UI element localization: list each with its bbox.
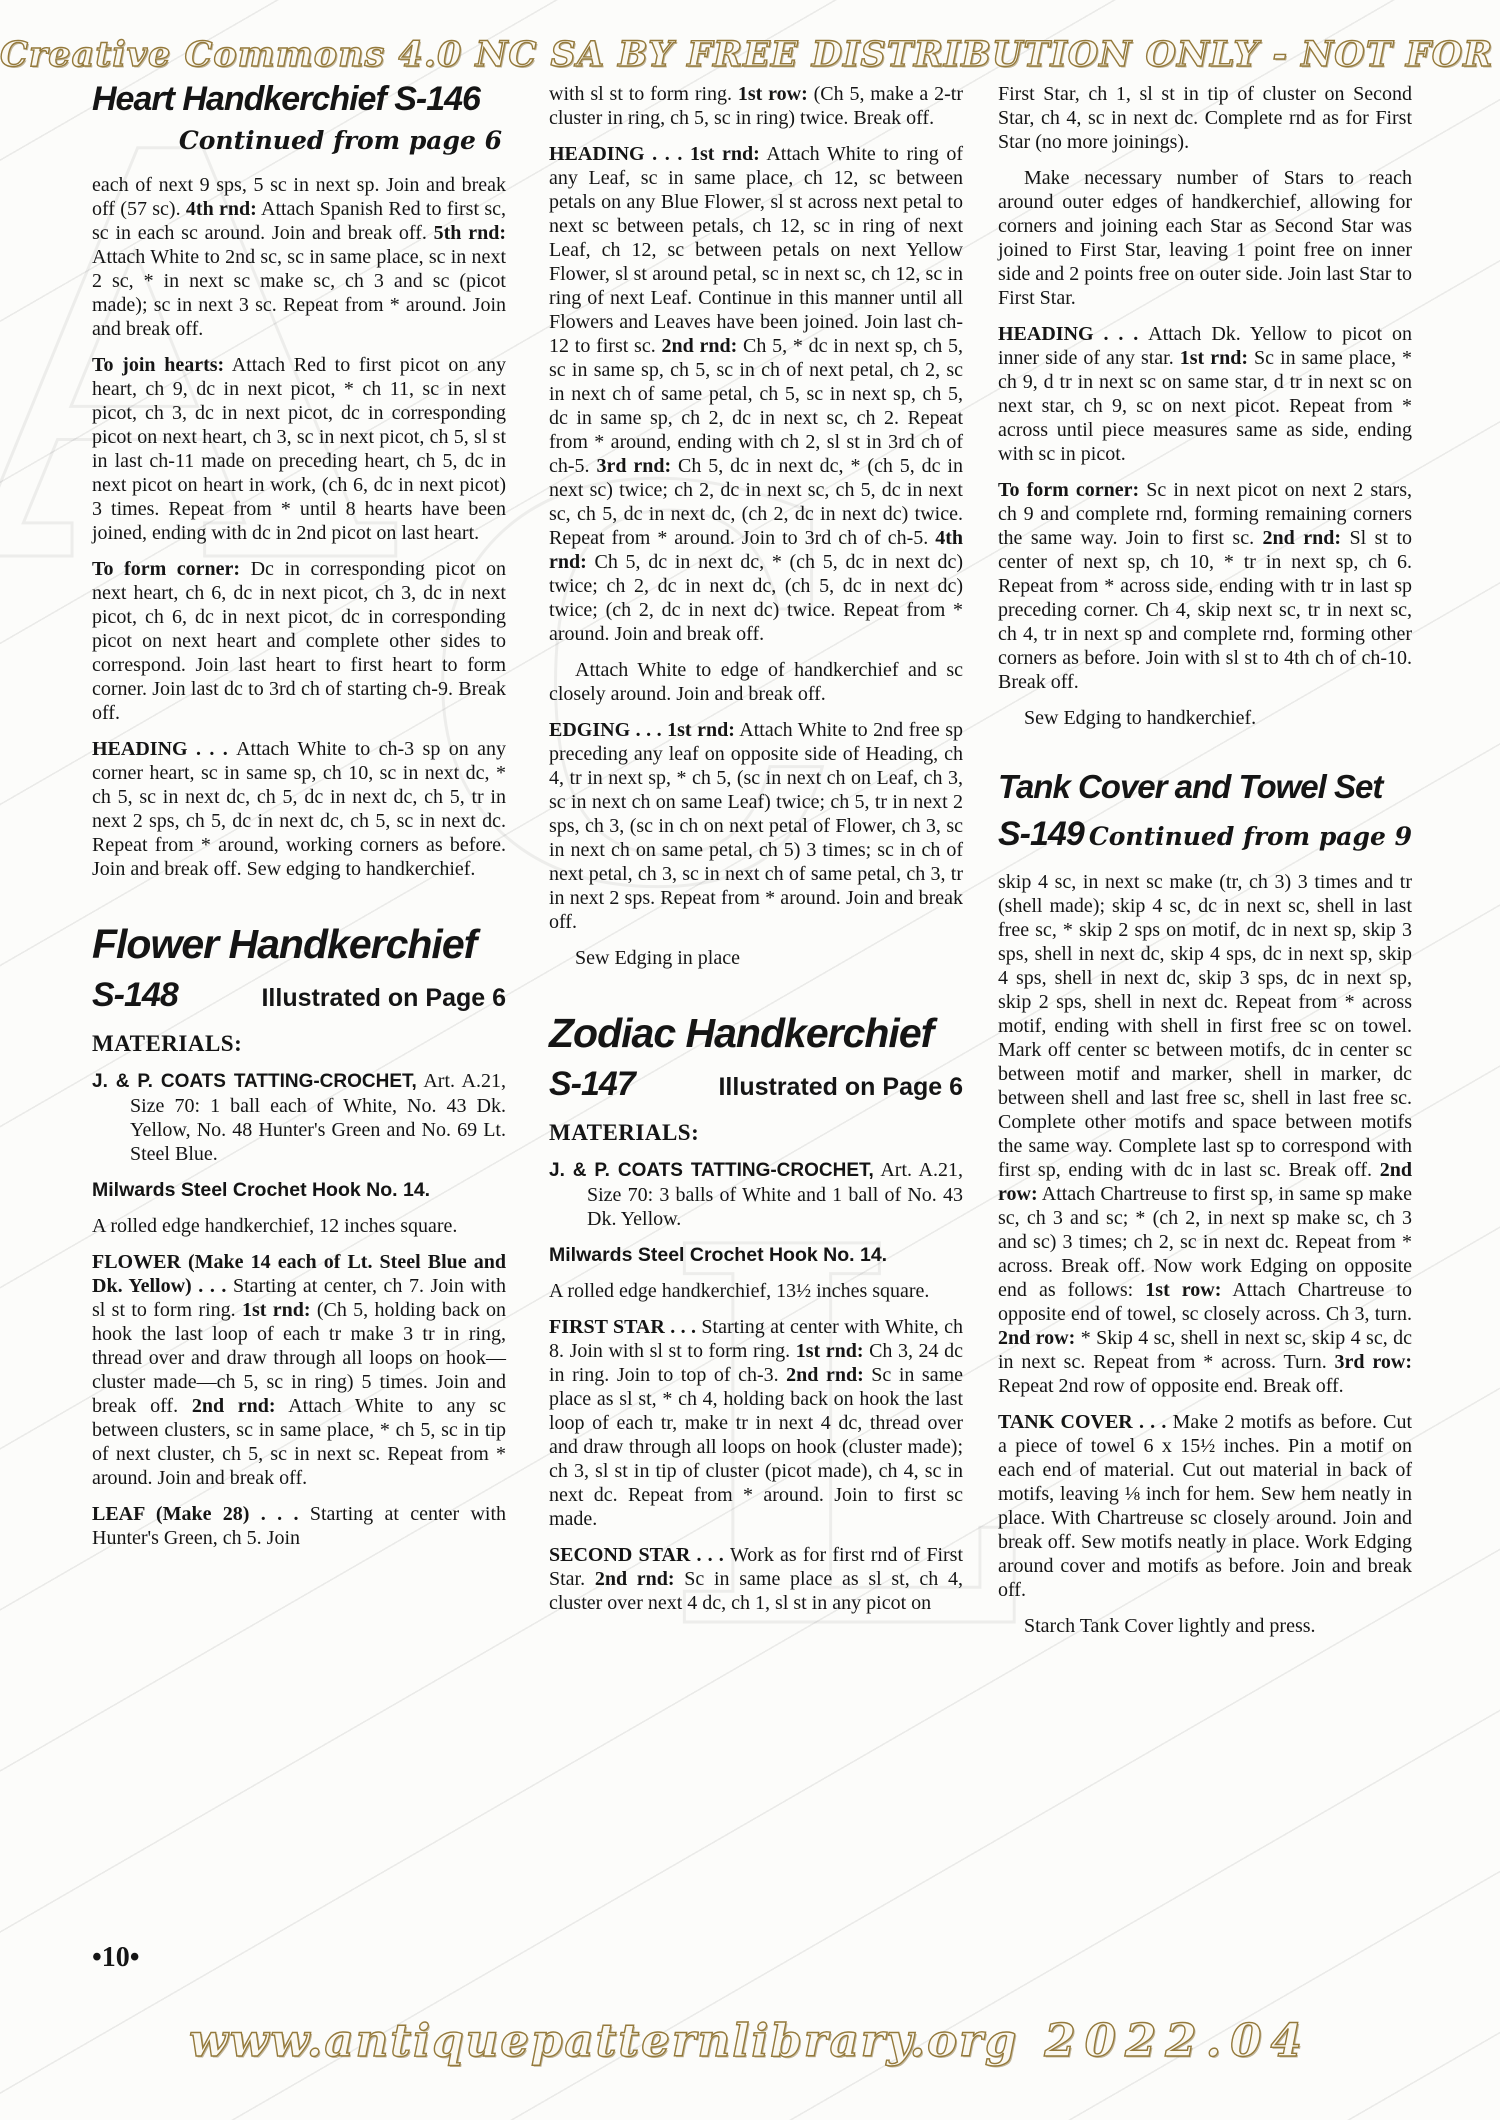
materials-heading: MATERIALS: bbox=[92, 1031, 506, 1057]
handkerchief-note: A rolled edge handkerchief, 13½ inches s… bbox=[549, 1279, 963, 1303]
paragraph: First Star, ch 1, sl st in tip of cluste… bbox=[998, 82, 1412, 154]
paragraph: HEADING . . . Attach Dk. Yellow to picot… bbox=[998, 322, 1412, 466]
paragraph: each of next 9 sps, 5 sc in next sp. Joi… bbox=[92, 173, 506, 341]
paragraph: Sew Edging in place bbox=[549, 946, 963, 970]
paragraph: HEADING . . . Attach White to ch-3 sp on… bbox=[92, 737, 506, 881]
materials-heading: MATERIALS: bbox=[549, 1120, 963, 1146]
paragraph: skip 4 sc, in next sc make (tr, ch 3) 3 … bbox=[998, 870, 1412, 1398]
continued-from-note: Continued from page 9 bbox=[1089, 822, 1412, 851]
page-number: •10• bbox=[92, 1942, 140, 1974]
paragraph: HEADING . . . 1st rnd: Attach White to r… bbox=[549, 142, 963, 646]
pattern-code: S-149 bbox=[998, 815, 1084, 854]
materials-item: J. & P. COATS TATTING-CROCHET, Art. A.21… bbox=[549, 1158, 963, 1231]
paragraph: Attach White to edge of handkerchief and… bbox=[549, 658, 963, 706]
article-title-tank-cover: Tank Cover and Towel Set bbox=[998, 770, 1412, 805]
illustrated-note: Illustrated on Page 6 bbox=[261, 984, 506, 1013]
column-1: Heart Handkerchief S-146 Continued from … bbox=[92, 82, 506, 1550]
pattern-code-row: S-148 Illustrated on Page 6 bbox=[92, 976, 506, 1015]
paragraph: Sew Edging to handkerchief. bbox=[998, 706, 1412, 730]
column-3: First Star, ch 1, sl st in tip of cluste… bbox=[998, 82, 1412, 1638]
edition-date: 2022.04 bbox=[1018, 2014, 1311, 2067]
creative-commons-notice: Creative Commons 4.0 NC SA BY FREE DISTR… bbox=[0, 34, 1500, 75]
handkerchief-note: A rolled edge handkerchief, 12 inches sq… bbox=[92, 1214, 506, 1238]
article-title-zodiac: Zodiac Handkerchief bbox=[549, 1012, 963, 1055]
paragraph: To form corner: Dc in corresponding pico… bbox=[92, 557, 506, 725]
paragraph: FIRST STAR . . . Starting at center with… bbox=[549, 1315, 963, 1531]
paragraph: TANK COVER . . . Make 2 motifs as before… bbox=[998, 1410, 1412, 1602]
continued-from-note: Continued from page 6 bbox=[92, 126, 502, 155]
pattern-code-row: S-149 Continued from page 9 bbox=[998, 815, 1412, 854]
article-title-flower: Flower Handkerchief bbox=[92, 923, 506, 966]
hook-line: Milwards Steel Crochet Hook No. 14. bbox=[92, 1178, 506, 1202]
paragraph: with sl st to form ring. 1st row: (Ch 5,… bbox=[549, 82, 963, 130]
paragraph: FLOWER (Make 14 each of Lt. Steel Blue a… bbox=[92, 1250, 506, 1490]
pattern-code: S-148 bbox=[92, 976, 178, 1015]
paragraph: LEAF (Make 28) . . . Starting at center … bbox=[92, 1502, 506, 1550]
scanned-pattern-page: A C L Creative Commons 4.0 NC SA BY FREE… bbox=[0, 0, 1500, 2120]
library-url: www.antiquepatternlibrary.org bbox=[189, 2014, 1018, 2067]
hook-line: Milwards Steel Crochet Hook No. 14. bbox=[549, 1243, 963, 1267]
paragraph: To form corner: Sc in next picot on next… bbox=[998, 478, 1412, 694]
column-2: with sl st to form ring. 1st row: (Ch 5,… bbox=[549, 82, 963, 1615]
paragraph: EDGING . . . 1st rnd: Attach White to 2n… bbox=[549, 718, 963, 934]
materials-item: J. & P. COATS TATTING-CROCHET, Art. A.21… bbox=[92, 1069, 506, 1166]
paragraph: To join hearts: Attach Red to first pico… bbox=[92, 353, 506, 545]
paragraph: Starch Tank Cover lightly and press. bbox=[998, 1614, 1412, 1638]
paragraph: Make necessary number of Stars to reach … bbox=[998, 166, 1412, 310]
article-title-heart: Heart Handkerchief S-146 bbox=[92, 82, 506, 118]
illustrated-note: Illustrated on Page 6 bbox=[718, 1073, 963, 1102]
library-footer: www.antiquepatternlibrary.org2022.04 bbox=[0, 2014, 1500, 2067]
pattern-code: S-147 bbox=[549, 1065, 635, 1104]
paragraph: SECOND STAR . . . Work as for first rnd … bbox=[549, 1543, 963, 1615]
pattern-code-row: S-147 Illustrated on Page 6 bbox=[549, 1065, 963, 1104]
